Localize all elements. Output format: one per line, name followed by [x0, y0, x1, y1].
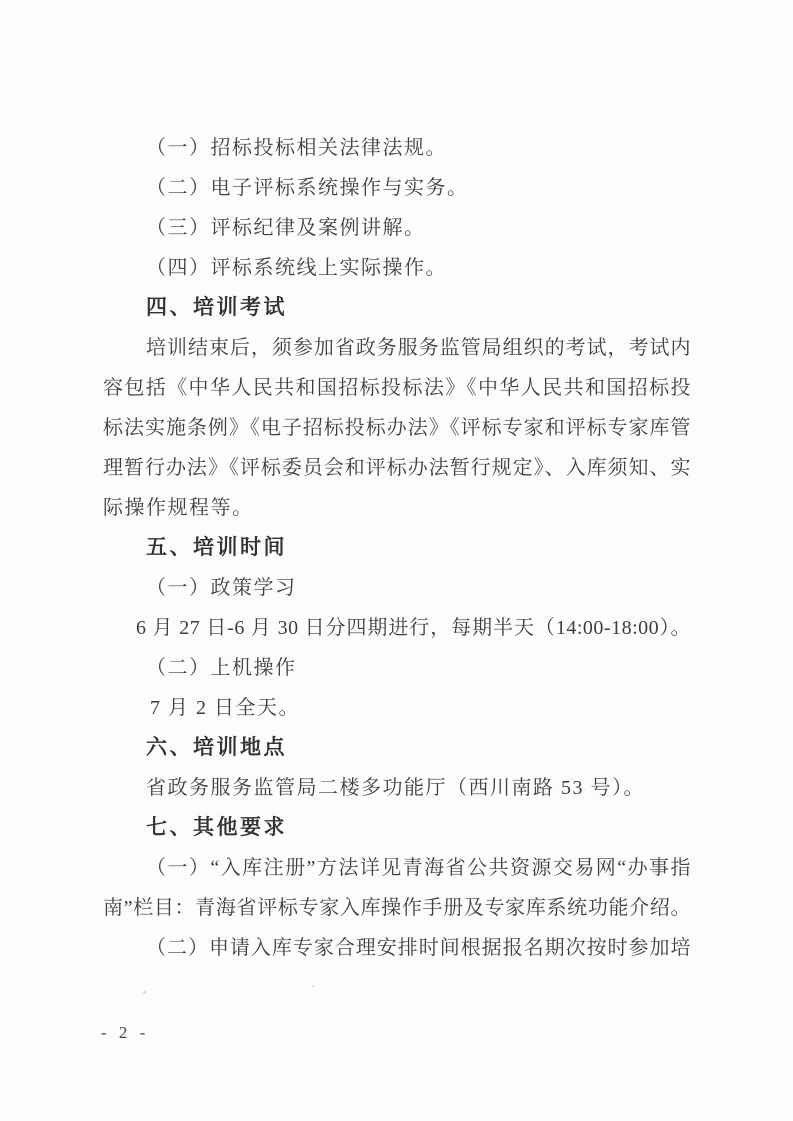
scan-artifact	[312, 985, 314, 987]
paragraph-line: 标法实施条例》《电子招标投标办法》《评标专家和评标专家库管	[103, 408, 691, 448]
section-heading-6: 六、培训地点	[103, 728, 691, 768]
section-heading-7: 七、其他要求	[103, 808, 691, 848]
paragraph-line: （二）申请入库专家合理安排时间根据报名期次按时参加培	[103, 928, 691, 968]
paragraph-line: 培训结束后，须参加省政务服务监管局组织的考试，考试内	[103, 328, 691, 368]
paragraph-line: （一）“入库注册”方法详见青海省公共资源交易网“办事指	[103, 848, 691, 888]
paragraph-line: 际操作规程等。	[103, 488, 691, 528]
document-page: （一）招标投标相关法律法规。 （二）电子评标系统操作与实务。 （三）评标纪律及案…	[0, 0, 793, 1121]
paragraph-line: 南”栏目：青海省评标专家入库操作手册及专家库系统功能介绍。	[103, 888, 691, 928]
paragraph-line: 容包括《中华人民共和国招标投标法》《中华人民共和国招标投	[103, 368, 691, 408]
paragraph-line: 6 月 27 日-6 月 30 日分四期进行，每期半天（14:00-18:00）…	[103, 608, 691, 648]
paragraph-line: 理暂行办法》《评标委员会和评标办法暂行规定》、入库须知、实	[103, 448, 691, 488]
document-body: （一）招标投标相关法律法规。 （二）电子评标系统操作与实务。 （三）评标纪律及案…	[103, 128, 691, 968]
page-number: - 2 -	[101, 1013, 149, 1053]
paragraph-line: 7 月 2 日全天。	[103, 688, 691, 728]
section-heading-4: 四、培训考试	[103, 288, 691, 328]
list-item: （三）评标纪律及案例讲解。	[103, 208, 691, 248]
paragraph-line: 省政务服务监管局二楼多功能厅（西川南路 53 号）。	[103, 768, 691, 808]
list-item: （一）招标投标相关法律法规。	[103, 128, 691, 168]
list-item: （二）电子评标系统操作与实务。	[103, 168, 691, 208]
section-heading-5: 五、培训时间	[103, 528, 691, 568]
list-item: （一）政策学习	[103, 568, 691, 608]
list-item: （四）评标系统线上实际操作。	[103, 248, 691, 288]
list-item: （二）上机操作	[103, 648, 691, 688]
scan-artifact	[143, 991, 146, 994]
